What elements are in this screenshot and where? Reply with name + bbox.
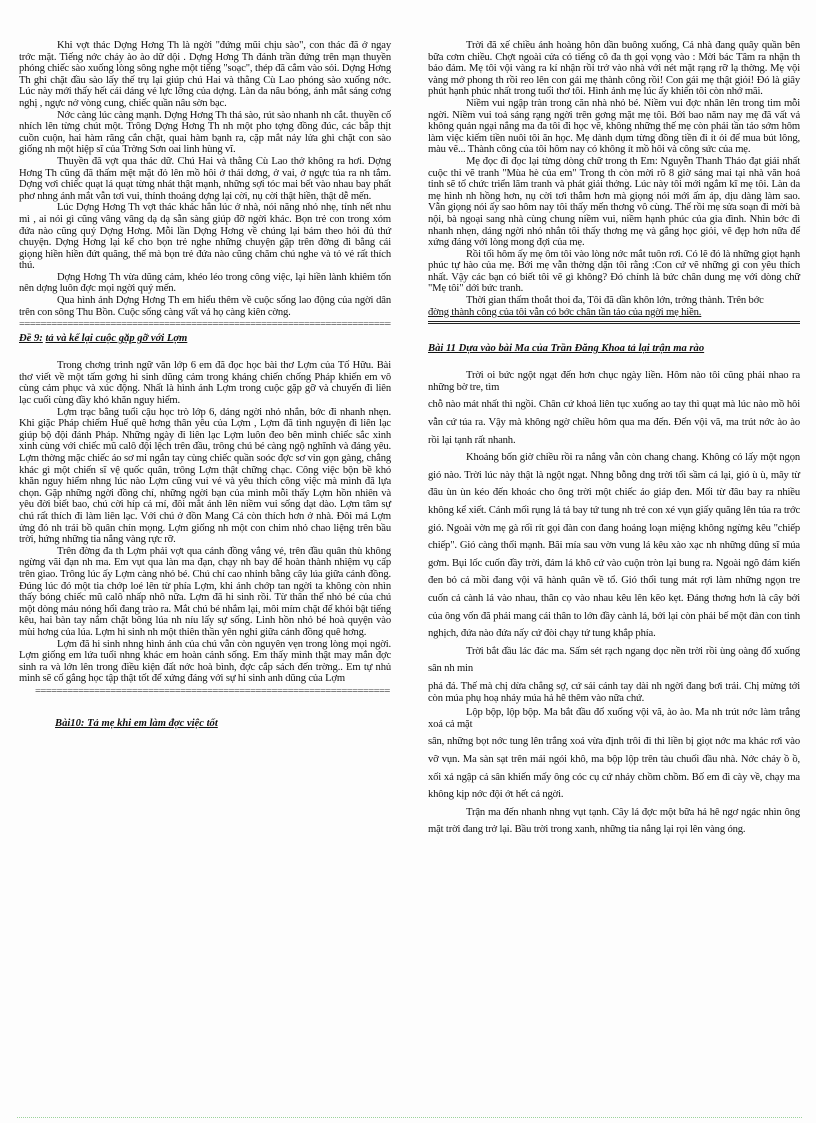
essay-me-continued: Trời đã xế chiều ánh hoàng hôn dần buông… bbox=[428, 40, 800, 318]
paragraph: Khi vợt thác Dợng Hơng Th là ngời "đứng … bbox=[19, 40, 391, 110]
double-rule-divider bbox=[428, 321, 800, 324]
essay-heading-bai-10: Bài10: Tả mẹ khi em làm đợc việc tốt bbox=[55, 717, 391, 731]
essay-heading-de-9: Đề 9: tả và kể lại cuộc gặp gỡ với Lợm bbox=[19, 332, 391, 346]
spacer bbox=[19, 346, 391, 360]
paragraph: Trời bắt đầu lác đác ma. Sấm sét rạch ng… bbox=[428, 643, 800, 678]
paragraph: Trời oi bức ngột ngạt đến hơn chục ngày … bbox=[428, 370, 800, 393]
essay-luom: Trong chơng trình ngữ văn lớp 6 em đã đọ… bbox=[19, 360, 391, 685]
heading-title: Bài 11 Dựa vào bài Ma của Trần Đăng Khoa… bbox=[428, 343, 704, 354]
page-footer-dotted-line bbox=[17, 1117, 802, 1118]
right-column: Trời đã xế chiều ánh hoàng hôn dần buông… bbox=[428, 40, 800, 839]
paragraph: Trong chơng trình ngữ văn lớp 6 em đã đọ… bbox=[19, 360, 391, 406]
left-column: Khi vợt thác Dợng Hơng Th là ngời "đứng … bbox=[19, 40, 391, 731]
essay-heading-bai-11: Bài 11 Dựa vào bài Ma của Trần Đăng Khoa… bbox=[428, 342, 800, 356]
essay-dong-huong-thu: Khi vợt thác Dợng Hơng Th là ngời "đứng … bbox=[19, 40, 391, 318]
spacer bbox=[428, 356, 800, 370]
heading-prefix: Đề 9: bbox=[19, 333, 43, 344]
paragraph: Niềm vui ngập tràn trong căn nhà nhỏ bé.… bbox=[428, 98, 800, 156]
paragraph: Mẹ đọc đi đọc lại từng dòng chữ trong th… bbox=[428, 156, 800, 249]
closing-line: đờng thành công của tôi vẫn có bớc chân … bbox=[428, 307, 800, 319]
heading-title: Bài10: Tả mẹ khi em làm đợc việc tốt bbox=[55, 718, 218, 729]
paragraph: Trên đờng đa th Lợm phải vợt qua cánh đồ… bbox=[19, 546, 391, 639]
paragraph: phá đá. Thế mà chị dừa chẳng sợ, cứ sải … bbox=[428, 681, 800, 704]
essay-mua-rao: Trời oi bức ngột ngạt đến hơn chục ngày … bbox=[428, 370, 800, 839]
paragraph: Khoảng bốn giờ chiều rồi ra nắng vẫn còn… bbox=[428, 449, 800, 643]
paragraph: chỗ nào mát nhất thì ngồi. Chân cứ khoả … bbox=[428, 396, 800, 449]
paragraph: Nớc càng lúc càng mạnh. Dợng Hơng Th thả… bbox=[19, 110, 391, 156]
heading-title: tả và kể lại cuộc gặp gỡ với Lợm bbox=[45, 333, 187, 344]
paragraph: Lợm đã hi sinh nhng hình ảnh của chú vẫn… bbox=[19, 639, 391, 685]
paragraph: Lộp bộp, lộp bộp. Ma bắt đầu đổ xuống vộ… bbox=[428, 707, 800, 730]
paragraph: Trời đã xế chiều ánh hoàng hôn dần buông… bbox=[428, 40, 800, 98]
separator-line: ========================================… bbox=[35, 687, 391, 697]
paragraph: Trận ma đến nhanh nhng vụt tạnh. Cây lá … bbox=[428, 804, 800, 839]
paragraph: Qua hình ảnh Dợng Hơng Th em hiểu thêm v… bbox=[19, 295, 391, 318]
paragraph: sân, những bọt nớc tung lên trắng xoá vừ… bbox=[428, 733, 800, 803]
paragraph: Rồi tối hôm ấy mẹ ôm tôi vào lòng nớc mắ… bbox=[428, 249, 800, 295]
paragraph: Thời gian thấm thoắt thoi đa, Tôi đã dần… bbox=[428, 295, 800, 307]
paragraph: Dợng Hơng Th vừa dũng cảm, khéo léo tron… bbox=[19, 272, 391, 295]
paragraph: Thuyền đã vợt qua thác dữ. Chú Hai và th… bbox=[19, 156, 391, 202]
paragraph: Lợm trạc bằng tuổi cậu học trò lớp 6, dá… bbox=[19, 407, 391, 546]
separator-line: ========================================… bbox=[19, 320, 391, 330]
paragraph: Lúc Dợng Hơng Th vợt thác khác hẳn lúc ở… bbox=[19, 202, 391, 272]
